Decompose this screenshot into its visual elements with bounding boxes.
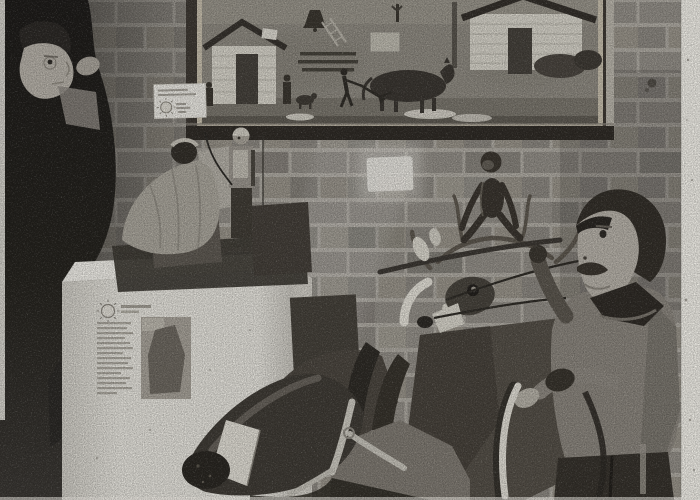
halftone-grain bbox=[0, 0, 700, 500]
photograph: brick wall framed folk-art f bbox=[0, 0, 700, 500]
grain-light-layer bbox=[0, 0, 700, 500]
